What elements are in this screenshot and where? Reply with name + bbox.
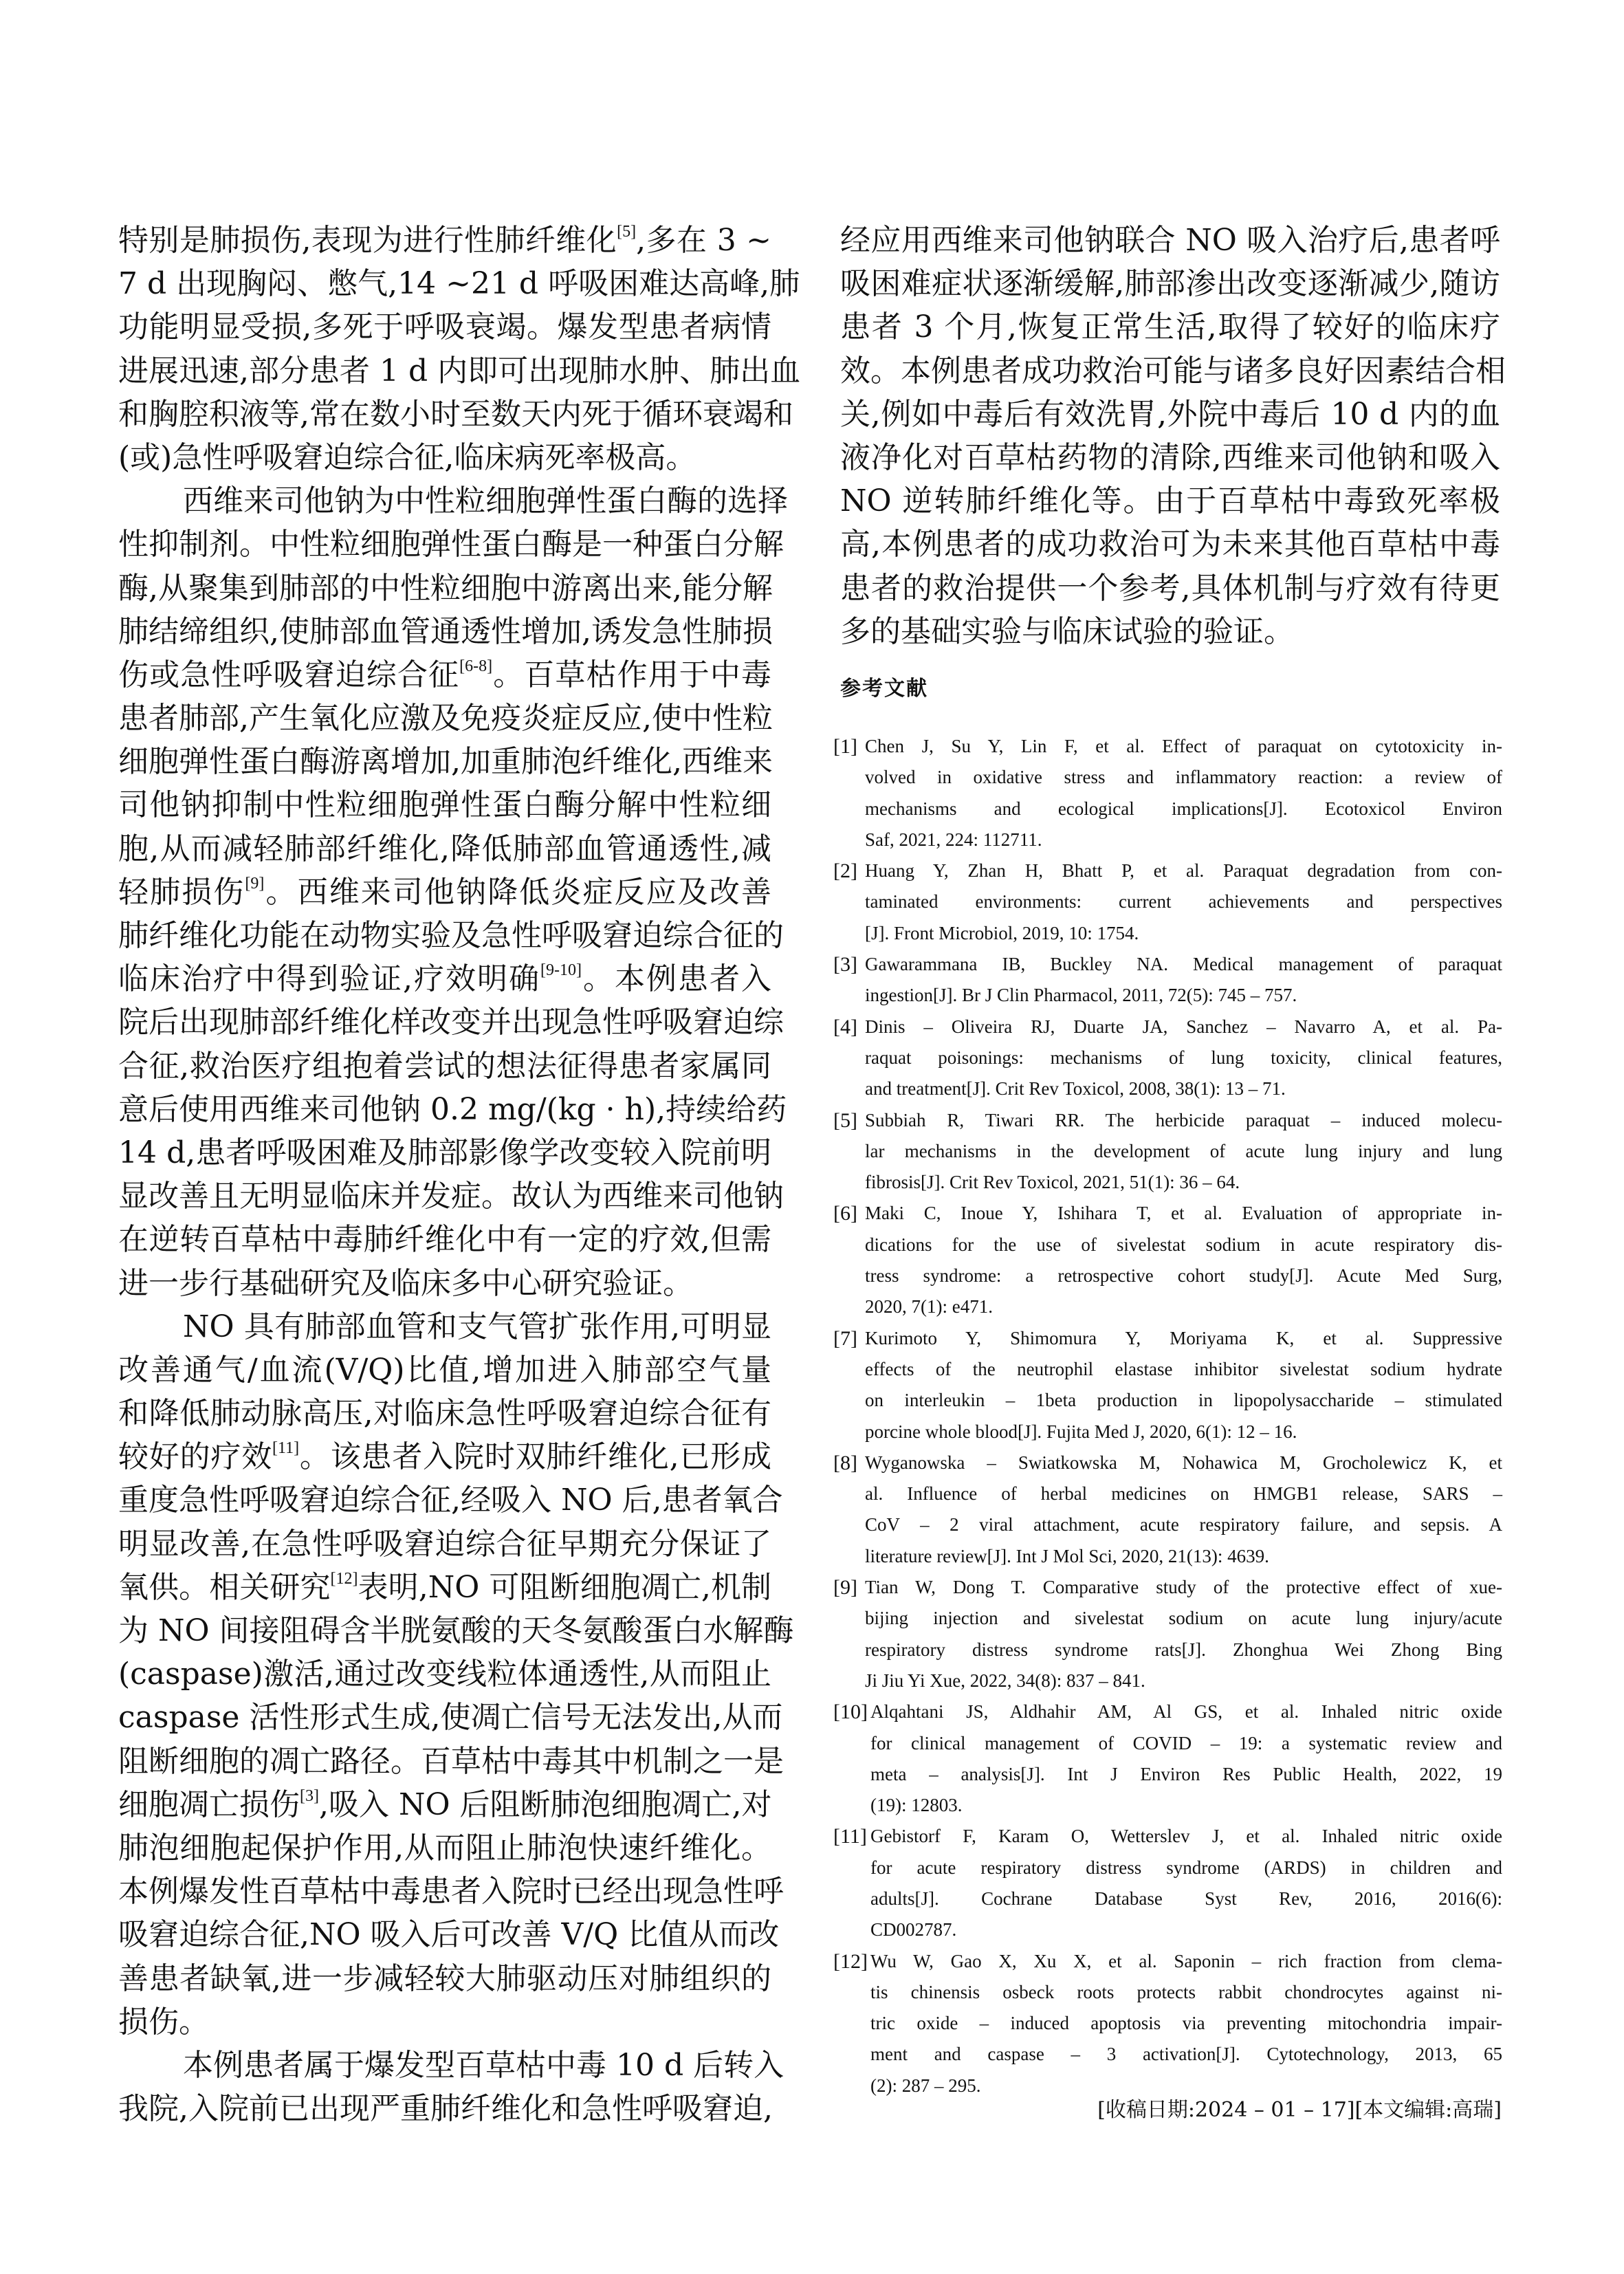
reference-line: tric oxide – induced apoptosis via preve… (870, 2008, 1502, 2039)
reference-line: Maki C, Inoue Y, Ishihara T, et al. Eval… (865, 1198, 1502, 1229)
text-line: 效。本例患者成功救治可能与诸多良好因素结合相 (840, 349, 1500, 393)
text-line: 重度急性呼吸窘迫综合征,经吸入 NO 后,患者氧合 (118, 1478, 771, 1522)
text-segment: 肺纤维化功能在动物实验及急性呼吸窘迫综合征的 (118, 918, 784, 953)
reference-text: Wyganowska – Swiatkowska M, Nohawica M, … (865, 1447, 1502, 1572)
reference-text: Alqahtani JS, Aldhahir AM, Al GS, et al.… (870, 1696, 1502, 1821)
text-segment: 患者肺部,产生氧化应激及免疫炎症反应,使中性粒 (118, 701, 773, 736)
reference-line: volved in oxidative stress and inflammat… (865, 762, 1502, 793)
text-segment: 和胸腔积液等,常在数小时至数天内死于循环衰竭和 (118, 397, 793, 432)
reference-line: on interleukin – 1beta production in lip… (865, 1385, 1502, 1416)
reference-item: [9]Tian W, Dong T. Comparative study of … (833, 1572, 1502, 1696)
text-segment: 本例患者属于爆发型百草枯中毒 10 d 后转入 (183, 2048, 784, 2083)
reference-line: literature review[J]. Int J Mol Sci, 202… (865, 1541, 1502, 1572)
reference-text: Chen J, Su Y, Lin F, et al. Effect of pa… (865, 731, 1502, 855)
reference-number: [11] (833, 1821, 867, 1852)
text-line: 经应用西维来司他钠联合 NO 吸入治疗后,患者呼 (840, 219, 1500, 262)
text-segment: 液净化对百草枯药物的清除,西维来司他钠和吸入 (840, 440, 1500, 475)
reference-item: [7]Kurimoto Y, Shimomura Y, Moriyama K, … (833, 1323, 1502, 1447)
text-segment: 西维来司他钠为中性粒细胞弹性蛋白酶的选择 (183, 483, 788, 518)
reference-line: [J]. Front Microbiol, 2019, 10: 1754. (865, 918, 1502, 949)
reference-line: Huang Y, Zhan H, Bhatt P, et al. Paraqua… (865, 855, 1502, 886)
text-line: (或)急性呼吸窘迫综合征,临床病死率极高。 (118, 436, 771, 479)
reference-line: Ji Jiu Yi Xue, 2022, 34(8): 837 – 841. (865, 1665, 1502, 1696)
text-line: 司他钠抑制中性粒细胞弹性蛋白酶分解中性粒细 (118, 783, 771, 827)
reference-line: Saf, 2021, 224: 112711. (865, 824, 1502, 855)
reference-line: and treatment[J]. Crit Rev Toxicol, 2008… (865, 1073, 1502, 1104)
text-segment: 经应用西维来司他钠联合 NO 吸入治疗后,患者呼 (840, 223, 1500, 258)
reference-item: [6]Maki C, Inoue Y, Ishihara T, et al. E… (833, 1198, 1502, 1322)
text-line: 患者肺部,产生氧化应激及免疫炎症反应,使中性粒 (118, 697, 771, 740)
reference-text: Gawarammana IB, Buckley NA. Medical mana… (865, 949, 1502, 1012)
text-segment: 关,例如中毒后有效洗胃,外院中毒后 10 d 内的血 (840, 397, 1500, 432)
reference-line: meta – analysis[J]. Int J Environ Res Pu… (870, 1759, 1502, 1790)
reference-line: tis chinensis osbeck roots protects rabb… (870, 1977, 1502, 2008)
reference-line: fibrosis[J]. Crit Rev Toxicol, 2021, 51(… (865, 1167, 1502, 1198)
text-segment: 显改善且无明显临床并发症。故认为西维来司他钠 (118, 1179, 784, 1214)
text-line: 临床治疗中得到验证,疗效明确[9-10]。本例患者入 (118, 957, 771, 1001)
reference-line: respiratory distress syndrome rats[J]. Z… (865, 1635, 1502, 1665)
journal-page: 特别是肺损伤,表现为进行性肺纤维化[5],多在 3 ~7 d 出现胸闷、憋气,1… (0, 0, 1624, 2274)
text-segment: 我院,入院前已出现严重肺纤维化和急性呼吸窘迫, (118, 2091, 773, 2126)
text-line: 阻断细胞的凋亡路径。百草枯中毒其中机制之一是 (118, 1740, 771, 1783)
text-line: NO 具有肺部血管和支气管扩张作用,可明显 (118, 1305, 771, 1348)
text-line: caspase 活性形式生成,使凋亡信号无法发出,从而 (118, 1696, 771, 1739)
reference-line: CoV – 2 viral attachment, acute respirat… (865, 1509, 1502, 1540)
text-line: 进展迅速,部分患者 1 d 内即可出现肺水肿、肺出血 (118, 349, 771, 393)
reference-line: Subbiah R, Tiwari RR. The herbicide para… (865, 1105, 1502, 1136)
text-line: 患者的救治提供一个参考,具体机制与疗效有待更 (840, 567, 1500, 610)
reference-line: Alqahtani JS, Aldhahir AM, Al GS, et al.… (870, 1696, 1502, 1727)
text-segment: 。本例患者入 (582, 961, 771, 996)
text-line: 肺纤维化功能在动物实验及急性呼吸窘迫综合征的 (118, 914, 771, 957)
reference-line: CD002787. (870, 1914, 1502, 1945)
text-line: 细胞凋亡损伤[3],吸入 NO 后阻断肺泡细胞凋亡,对 (118, 1783, 771, 1826)
text-line: 较好的疗效[11]。该患者入院时双肺纤维化,已形成 (118, 1435, 771, 1478)
reference-line: raquat poisonings: mechanisms of lung to… (865, 1042, 1502, 1073)
text-segment: 在逆转百草枯中毒肺纤维化中有一定的疗效,但需 (118, 1222, 771, 1257)
text-segment: 意后使用西维来司他钠 0.2 mg/(kg · h),持续给药 (118, 1092, 787, 1127)
reference-number: [9] (833, 1572, 857, 1603)
text-line: 轻肺损伤[9]。西维来司他钠降低炎症反应及改善 (118, 871, 771, 914)
text-segment: 本例爆发性百草枯中毒患者入院时已经出现急性呼 (118, 1874, 784, 1909)
text-segment: 效。本例患者成功救治可能与诸多良好因素结合相 (840, 353, 1506, 389)
references-list: [1]Chen J, Su Y, Lin F, et al. Effect of… (833, 731, 1502, 2101)
text-line: 改善通气/血流(V/Q)比值,增加进入肺部空气量 (118, 1348, 771, 1392)
text-line: 吸困难症状逐渐缓解,肺部渗出改变逐渐减少,随访 (840, 262, 1500, 305)
reference-item: [2]Huang Y, Zhan H, Bhatt P, et al. Para… (833, 855, 1502, 949)
reference-line: bijing injection and sivelestat sodium o… (865, 1603, 1502, 1634)
text-segment: 细胞弹性蛋白酶游离增加,加重肺泡纤维化,西维来 (118, 744, 773, 779)
text-segment: 进展迅速,部分患者 1 d 内即可出现肺水肿、肺出血 (118, 353, 800, 389)
reference-number: [2] (833, 855, 857, 886)
text-line: 细胞弹性蛋白酶游离增加,加重肺泡纤维化,西维来 (118, 740, 771, 783)
received-date-editor-note: [收稿日期:2024 – 01 – 17][本文编辑:高瑞] (1097, 2095, 1502, 2125)
reference-text: Gebistorf F, Karam O, Wetterslev J, et a… (870, 1821, 1502, 1945)
text-segment: 损伤。 (118, 2004, 209, 2040)
text-line: 损伤。 (118, 2000, 771, 2044)
text-segment: 胞,从而减轻肺部纤维化,降低肺部血管通透性,减 (118, 831, 771, 866)
text-line: 氧供。相关研究[12]表明,NO 可阻断细胞凋亡,机制 (118, 1566, 771, 1609)
reference-line: 2020, 7(1): e471. (865, 1291, 1502, 1322)
text-segment: NO 具有肺部血管和支气管扩张作用,可明显 (183, 1309, 771, 1344)
reference-item: [1]Chen J, Su Y, Lin F, et al. Effect of… (833, 731, 1502, 855)
text-segment: 14 d,患者呼吸困难及肺部影像学改变较入院前明 (118, 1135, 771, 1170)
text-segment: 7 d 出现胸闷、憋气,14 ~21 d 呼吸困难达高峰,肺 (118, 266, 800, 301)
reference-text: Dinis – Oliveira RJ, Duarte JA, Sanchez … (865, 1012, 1502, 1105)
text-line: (caspase)激活,通过改变线粒体通透性,从而阻止 (118, 1652, 771, 1696)
reference-item: [8]Wyganowska – Swiatkowska M, Nohawica … (833, 1447, 1502, 1572)
reference-line: ment and caspase – 3 activation[J]. Cyto… (870, 2039, 1502, 2070)
reference-item: [11]Gebistorf F, Karam O, Wetterslev J, … (833, 1821, 1502, 1945)
text-line: 进一步行基础研究及临床多中心研究验证。 (118, 1262, 771, 1305)
text-segment: 表明,NO 可阻断细胞凋亡,机制 (358, 1570, 772, 1605)
citation-superscript: [6-8] (459, 657, 492, 675)
reference-line: Wyganowska – Swiatkowska M, Nohawica M, … (865, 1447, 1502, 1478)
reference-line: ingestion[J]. Br J Clin Pharmacol, 2011,… (865, 980, 1502, 1011)
text-line: 西维来司他钠为中性粒细胞弹性蛋白酶的选择 (118, 479, 771, 523)
reference-item: [3]Gawarammana IB, Buckley NA. Medical m… (833, 949, 1502, 1012)
reference-line: dications for the use of sivelestat sodi… (865, 1229, 1502, 1260)
text-segment: 患者的救治提供一个参考,具体机制与疗效有待更 (840, 571, 1500, 606)
reference-line: for acute respiratory distress syndrome … (870, 1852, 1502, 1883)
reference-number: [4] (833, 1012, 857, 1042)
text-segment: NO 逆转肺纤维化等。由于百草枯中毒致死率极 (840, 483, 1500, 518)
reference-text: Tian W, Dong T. Comparative study of the… (865, 1572, 1502, 1696)
reference-line: porcine whole blood[J]. Fujita Med J, 20… (865, 1417, 1502, 1447)
text-segment: 肺泡细胞起保护作用,从而阻止肺泡快速纤维化。 (118, 1830, 771, 1866)
reference-number: [12] (833, 1946, 868, 1977)
text-line: 关,例如中毒后有效洗胃,外院中毒后 10 d 内的血 (840, 393, 1500, 436)
text-segment: 善患者缺氧,进一步减轻较大肺驱动压对肺组织的 (118, 1961, 771, 1996)
text-segment: 临床治疗中得到验证,疗效明确 (118, 961, 540, 996)
text-segment: 改善通气/血流(V/Q)比值,增加进入肺部空气量 (118, 1353, 771, 1388)
reference-line: Wu W, Gao X, Xu X, et al. Saponin – rich… (870, 1946, 1502, 1977)
citation-superscript: [11] (272, 1439, 299, 1457)
text-line: 本例患者属于爆发型百草枯中毒 10 d 后转入 (118, 2044, 771, 2087)
reference-item: [12]Wu W, Gao X, Xu X, et al. Saponin – … (833, 1946, 1502, 2101)
text-segment: 。西维来司他钠降低炎症反应及改善 (264, 875, 771, 910)
reference-line: taminated environments: current achievem… (865, 886, 1502, 917)
text-segment: 特别是肺损伤,表现为进行性肺纤维化 (118, 223, 617, 258)
citation-superscript: [9-10] (540, 961, 582, 979)
reference-line: Gebistorf F, Karam O, Wetterslev J, et a… (870, 1821, 1502, 1852)
text-line: 合征,救治医疗组抱着尝试的想法征得患者家属同 (118, 1045, 771, 1088)
reference-text: Huang Y, Zhan H, Bhatt P, et al. Paraqua… (865, 855, 1502, 949)
text-segment: 多的基础实验与临床试验的验证。 (840, 614, 1294, 649)
reference-line: effects of the neutrophil elastase inhib… (865, 1354, 1502, 1385)
reference-line: Tian W, Dong T. Comparative study of the… (865, 1572, 1502, 1603)
text-segment: 高,本例患者的成功救治可为未来其他百草枯中毒 (840, 527, 1500, 562)
reference-line: Kurimoto Y, Shimomura Y, Moriyama K, et … (865, 1323, 1502, 1354)
text-line: 院后出现肺部纤维化样改变并出现急性呼吸窘迫综 (118, 1001, 771, 1044)
text-line: 吸窘迫综合征,NO 吸入后可改善 V/Q 比值从而改 (118, 1913, 771, 1956)
text-line: 胞,从而减轻肺部纤维化,降低肺部血管通透性,减 (118, 827, 771, 871)
reference-number: [1] (833, 731, 857, 762)
text-segment: 和降低肺动脉高压,对临床急性呼吸窘迫综合征有 (118, 1396, 771, 1431)
reference-line: Chen J, Su Y, Lin F, et al. Effect of pa… (865, 731, 1502, 762)
text-segment: 吸困难症状逐渐缓解,肺部渗出改变逐渐减少,随访 (840, 266, 1500, 301)
text-segment: 司他钠抑制中性粒细胞弹性蛋白酶分解中性粒细 (118, 787, 771, 822)
text-segment: 明显改善,在急性呼吸窘迫综合征早期充分保证了 (118, 1527, 771, 1562)
reference-text: Kurimoto Y, Shimomura Y, Moriyama K, et … (865, 1323, 1502, 1447)
reference-number: [10] (833, 1696, 868, 1727)
text-line: 意后使用西维来司他钠 0.2 mg/(kg · h),持续给药 (118, 1088, 771, 1131)
reference-line: (19): 12803. (870, 1790, 1502, 1821)
text-line: 和降低肺动脉高压,对临床急性呼吸窘迫综合征有 (118, 1392, 771, 1435)
text-line: 特别是肺损伤,表现为进行性肺纤维化[5],多在 3 ~ (118, 219, 771, 262)
reference-line: mechanisms and ecological implications[J… (865, 794, 1502, 824)
reference-line: adults[J]. Cochrane Database Syst Rev, 2… (870, 1883, 1502, 1914)
text-line: 善患者缺氧,进一步减轻较大肺驱动压对肺组织的 (118, 1957, 771, 2000)
reference-item: [4]Dinis – Oliveira RJ, Duarte JA, Sanch… (833, 1012, 1502, 1105)
text-line: 明显改善,在急性呼吸窘迫综合征早期充分保证了 (118, 1522, 771, 1566)
citation-superscript: [5] (617, 223, 636, 241)
text-segment: 肺结缔组织,使肺部血管通透性增加,诱发急性肺损 (118, 614, 773, 649)
text-line: NO 逆转肺纤维化等。由于百草枯中毒致死率极 (840, 479, 1500, 523)
text-line: 肺结缔组织,使肺部血管通透性增加,诱发急性肺损 (118, 610, 771, 653)
text-line: 为 NO 间接阻碍含半胱氨酸的天冬氨酸蛋白水解酶 (118, 1609, 771, 1652)
text-line: 酶,从聚集到肺部的中性粒细胞中游离出来,能分解 (118, 567, 771, 610)
text-segment: 伤或急性呼吸窘迫综合征 (118, 657, 459, 692)
reference-number: [3] (833, 949, 857, 980)
text-segment: 吸窘迫综合征,NO 吸入后可改善 V/Q 比值从而改 (118, 1917, 779, 1952)
text-segment: caspase 活性形式生成,使凋亡信号无法发出,从而 (118, 1700, 782, 1735)
text-line: 性抑制剂。中性粒细胞弹性蛋白酶是一种蛋白分解 (118, 523, 771, 566)
text-segment: 酶,从聚集到肺部的中性粒细胞中游离出来,能分解 (118, 571, 773, 606)
text-line: 多的基础实验与临床试验的验证。 (840, 610, 1500, 653)
citation-superscript: [9] (245, 875, 264, 893)
text-segment: (caspase)激活,通过改变线粒体通透性,从而阻止 (118, 1657, 771, 1692)
text-line: 功能明显受损,多死于呼吸衰竭。爆发型患者病情 (118, 305, 771, 349)
reference-line: for clinical management of COVID – 19: a… (870, 1728, 1502, 1759)
text-segment: 功能明显受损,多死于呼吸衰竭。爆发型患者病情 (118, 309, 771, 345)
reference-line: Gawarammana IB, Buckley NA. Medical mana… (865, 949, 1502, 980)
reference-number: [6] (833, 1198, 857, 1229)
text-line: 本例爆发性百草枯中毒患者入院时已经出现急性呼 (118, 1870, 771, 1913)
text-line: 高,本例患者的成功救治可为未来其他百草枯中毒 (840, 523, 1500, 566)
text-line: 患者 3 个月,恢复正常生活,取得了较好的临床疗 (840, 305, 1500, 349)
reference-line: Dinis – Oliveira RJ, Duarte JA, Sanchez … (865, 1012, 1502, 1042)
text-segment: 。百草枯作用于中毒 (492, 657, 771, 692)
text-segment: 较好的疗效 (118, 1439, 272, 1474)
text-line: 7 d 出现胸闷、憋气,14 ~21 d 呼吸困难达高峰,肺 (118, 262, 771, 305)
reference-text: Maki C, Inoue Y, Ishihara T, et al. Eval… (865, 1198, 1502, 1322)
text-segment: 阻断细胞的凋亡路径。百草枯中毒其中机制之一是 (118, 1744, 784, 1779)
text-segment: 为 NO 间接阻碍含半胱氨酸的天冬氨酸蛋白水解酶 (118, 1613, 794, 1648)
references-heading: 参考文献 (840, 671, 928, 701)
text-segment: ,吸入 NO 后阻断肺泡细胞凋亡,对 (319, 1787, 772, 1822)
text-segment: 氧供。相关研究 (118, 1570, 331, 1605)
text-line: 14 d,患者呼吸困难及肺部影像学改变较入院前明 (118, 1131, 771, 1174)
reference-item: [5]Subbiah R, Tiwari RR. The herbicide p… (833, 1105, 1502, 1199)
text-line: 肺泡细胞起保护作用,从而阻止肺泡快速纤维化。 (118, 1826, 771, 1870)
text-segment: 性抑制剂。中性粒细胞弹性蛋白酶是一种蛋白分解 (118, 527, 784, 562)
text-segment: 患者 3 个月,恢复正常生活,取得了较好的临床疗 (840, 309, 1500, 345)
citation-superscript: [3] (300, 1787, 319, 1805)
text-segment: 重度急性呼吸窘迫综合征,经吸入 NO 后,患者氧合 (118, 1483, 783, 1518)
reference-number: [7] (833, 1323, 857, 1354)
text-segment: 轻肺损伤 (118, 875, 245, 910)
reference-line: al. Influence of herbal medicines on HMG… (865, 1478, 1502, 1509)
text-line: 显改善且无明显临床并发症。故认为西维来司他钠 (118, 1174, 771, 1218)
text-line: 伤或急性呼吸窘迫综合征[6-8]。百草枯作用于中毒 (118, 653, 771, 697)
text-segment: ,多在 3 ~ (636, 223, 771, 258)
citation-superscript: [12] (331, 1570, 358, 1588)
text-segment: 进一步行基础研究及临床多中心研究验证。 (118, 1266, 693, 1301)
text-segment: (或)急性呼吸窘迫综合征,临床病死率极高。 (118, 440, 696, 475)
reference-item: [10]Alqahtani JS, Aldhahir AM, Al GS, et… (833, 1696, 1502, 1821)
text-segment: 合征,救治医疗组抱着尝试的想法征得患者家属同 (118, 1049, 771, 1084)
text-line: 我院,入院前已出现严重肺纤维化和急性呼吸窘迫, (118, 2087, 771, 2130)
text-segment: 细胞凋亡损伤 (118, 1787, 300, 1822)
reference-line: tress syndrome: a retrospective cohort s… (865, 1260, 1502, 1291)
reference-text: Subbiah R, Tiwari RR. The herbicide para… (865, 1105, 1502, 1199)
text-segment: 院后出现肺部纤维化样改变并出现急性呼吸窘迫综 (118, 1005, 784, 1040)
reference-number: [5] (833, 1105, 857, 1136)
reference-line: lar mechanisms in the development of acu… (865, 1136, 1502, 1167)
reference-text: Wu W, Gao X, Xu X, et al. Saponin – rich… (870, 1946, 1502, 2101)
text-line: 液净化对百草枯药物的清除,西维来司他钠和吸入 (840, 436, 1500, 479)
reference-number: [8] (833, 1447, 857, 1478)
text-line: 和胸腔积液等,常在数小时至数天内死于循环衰竭和 (118, 393, 771, 436)
right-column-body-text: 经应用西维来司他钠联合 NO 吸入治疗后,患者呼吸困难症状逐渐缓解,肺部渗出改变… (840, 219, 1500, 653)
left-column-body-text: 特别是肺损伤,表现为进行性肺纤维化[5],多在 3 ~7 d 出现胸闷、憋气,1… (118, 219, 771, 2130)
text-line: 在逆转百草枯中毒肺纤维化中有一定的疗效,但需 (118, 1218, 771, 1261)
text-segment: 。该患者入院时双肺纤维化,已形成 (299, 1439, 771, 1474)
